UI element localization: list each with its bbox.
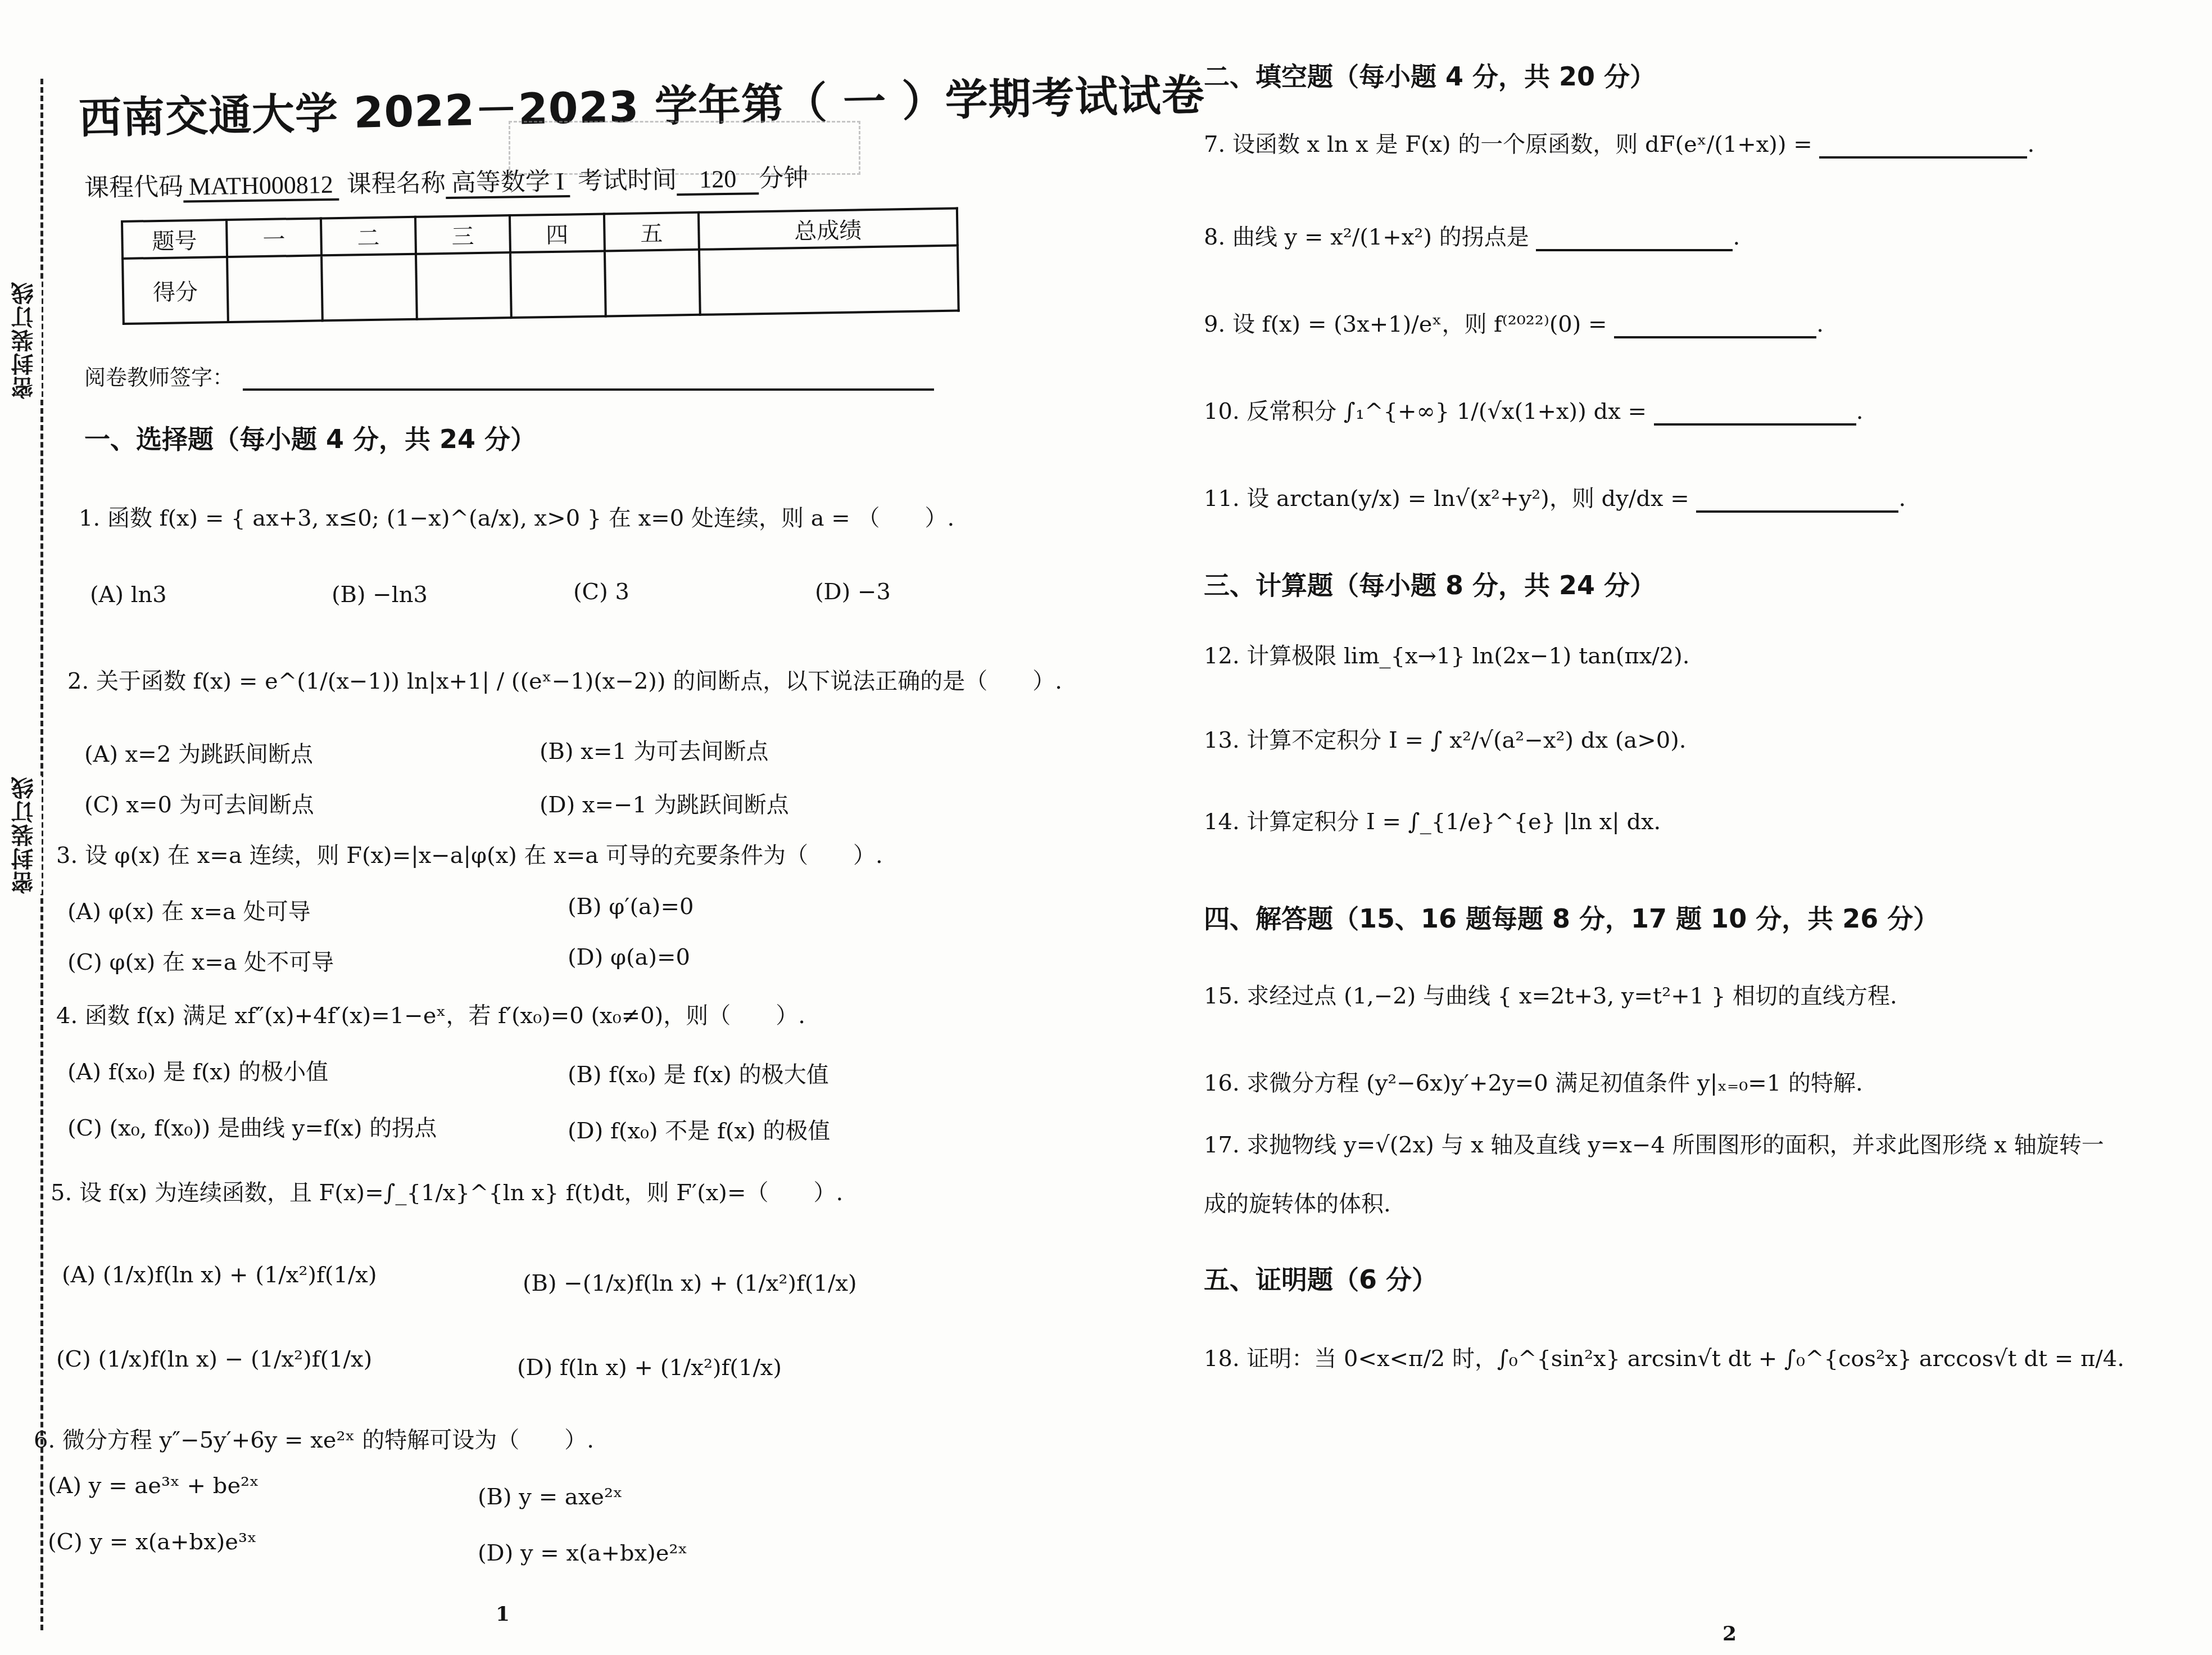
option: (B) f(x₀) 是 f(x) 的极大值 <box>568 1057 829 1089</box>
signature-line <box>243 388 934 391</box>
grader-signature: 阅卷教师签字： <box>84 360 934 391</box>
option: (D) y = x(a+bx)e²ˣ <box>478 1540 688 1566</box>
question-number: 6. <box>34 1427 55 1453</box>
score-cell <box>227 255 323 322</box>
option: (A) (1/x)f(ln x) + (1/x²)f(1/x) <box>62 1262 377 1288</box>
answer-blank[interactable] <box>1536 227 1733 251</box>
question-number: 14. <box>1204 809 1240 835</box>
question: 17. 求抛物线 y=√(2x) 与 x 轴及直线 y=x−4 所围图形的面积，… <box>1204 1127 2104 1159</box>
question-text: 反常积分 ∫₁^{+∞} 1/(√x(1+x)) dx = <box>1246 399 1647 424</box>
course-code-label: 课程代码 <box>84 173 184 202</box>
question: 5. 设 f(x) 为连续函数，且 F(x)=∫_{1/x}^{ln x} f(… <box>51 1175 843 1207</box>
option: (D) f(x₀) 不是 f(x) 的极值 <box>568 1113 830 1145</box>
option: (C) 3 <box>573 579 629 605</box>
score-table-row-label: 题号 <box>122 220 227 259</box>
question-number: 5. <box>51 1180 72 1206</box>
option: (A) y = ae³ˣ + be²ˣ <box>48 1473 259 1499</box>
question-text: 微分方程 y″−5y′+6y = xe²ˣ 的特解可设为（ ）. <box>62 1427 594 1453</box>
option: (C) y = x(a+bx)e³ˣ <box>48 1529 257 1555</box>
question: 13. 计算不定积分 I = ∫ x²/√(a²−x²) dx (a>0). <box>1204 722 1686 754</box>
question-text: 计算极限 lim_{x→1} ln(2x−1) tan(πx/2). <box>1246 643 1689 669</box>
question-text: 函数 f(x) = { ax+3, x≤0; (1−x)^(a/x), x>0 … <box>107 505 954 531</box>
question: 7. 设函数 x ln x 是 F(x) 的一个原函数，则 dF(eˣ/(1+x… <box>1204 126 2034 159</box>
question-number: 13. <box>1204 727 1240 753</box>
question-text: 曲线 y = x²/(1+x²) 的拐点是 <box>1232 224 1529 250</box>
score-cell <box>416 252 511 319</box>
option: (D) φ(a)=0 <box>568 944 690 970</box>
punctuation: . <box>2027 132 2034 157</box>
question: 3. 设 φ(x) 在 x=a 连续，则 F(x)=|x−a|φ(x) 在 x=… <box>56 838 883 870</box>
punctuation: . <box>1856 399 1864 424</box>
score-table-col: 二 <box>321 217 416 256</box>
exam-time-label: 考试时间 <box>578 165 677 195</box>
option: (B) φ′(a)=0 <box>568 894 693 920</box>
punctuation: . <box>1733 224 1740 250</box>
question-text: 求微分方程 (y²−6x)y′+2y=0 满足初值条件 y|ₓ₌₀=1 的特解. <box>1246 1070 1862 1096</box>
page-number: 1 <box>496 1602 510 1626</box>
score-table-score-row: 得分 <box>123 246 959 324</box>
course-name: 高等数学 I <box>445 168 570 199</box>
score-cell <box>321 254 417 321</box>
option: (A) f(x₀) 是 f(x) 的极小值 <box>67 1054 328 1086</box>
question-number: 1. <box>79 505 100 531</box>
page-number: 2 <box>1723 1622 1737 1645</box>
question-text: 设函数 x ln x 是 F(x) 的一个原函数，则 dF(eˣ/(1+x)) … <box>1232 132 1812 157</box>
question-number: 3. <box>56 843 78 869</box>
score-table-col: 总成绩 <box>699 209 958 250</box>
question: 1. 函数 f(x) = { ax+3, x≤0; (1−x)^(a/x), x… <box>79 500 954 532</box>
score-table-row-label: 得分 <box>123 257 228 324</box>
question: 12. 计算极限 lim_{x→1} ln(2x−1) tan(πx/2). <box>1204 638 1690 670</box>
grader-signature-label: 阅卷教师签字： <box>84 365 234 390</box>
question-text: 求抛物线 y=√(2x) 与 x 轴及直线 y=x−4 所围图形的面积，并求此图… <box>1246 1132 2104 1158</box>
course-name-label: 课程名称 <box>346 169 446 198</box>
answer-blank[interactable] <box>1819 134 2027 159</box>
exam-page-2: 二、填空题（每小题 4 分，共 20 分） 7. 设函数 x ln x 是 F(… <box>1180 0 2212 1655</box>
question: 4. 函数 f(x) 满足 xf″(x)+4f′(x)=1−eˣ，若 f′(x₀… <box>56 998 805 1030</box>
exam-page-1: 密封装订线 密封装订线 西南交通大学 2022－2023 学年第（ 一 ）学期考… <box>0 0 1146 1655</box>
score-table: 题号 一 二 三 四 五 总成绩 得分 <box>121 207 960 325</box>
question-number: 10. <box>1204 399 1240 424</box>
question-text: 设 φ(x) 在 x=a 连续，则 F(x)=|x−a|φ(x) 在 x=a 可… <box>85 843 883 869</box>
question-text: 求经过点 (1,−2) 与曲线 { x=2t+3, y=t²+1 } 相切的直线… <box>1246 983 1897 1009</box>
question-text: 证明：当 0<x<π/2 时，∫₀^{sin²x} arcsin√t dt + … <box>1246 1346 2124 1372</box>
binding-label: 密封装订线 <box>8 281 42 399</box>
score-cell <box>699 246 959 315</box>
question-text: 计算定积分 I = ∫_{1/e}^{e} |ln x| dx. <box>1246 809 1661 835</box>
question-number: 15. <box>1204 983 1240 1009</box>
score-table-col: 五 <box>604 212 699 251</box>
option: (D) −3 <box>815 579 891 605</box>
section-heading: 二、填空题（每小题 4 分，共 20 分） <box>1204 56 1656 93</box>
exam-time-unit: 分钟 <box>759 164 809 193</box>
question: 15. 求经过点 (1,−2) 与曲线 { x=2t+3, y=t²+1 } 相… <box>1204 978 1897 1010</box>
question-number: 7. <box>1204 132 1225 157</box>
question: 11. 设 arctan(y/x) = ln√(x²+y²)，则 dy/dx =… <box>1204 481 1906 513</box>
option: (C) x=0 为可去间断点 <box>84 787 314 819</box>
section-heading: 一、选择题（每小题 4 分，共 24 分） <box>84 419 536 456</box>
question-continuation: 成的旋转体的体积. <box>1204 1186 1391 1218</box>
answer-blank[interactable] <box>1614 314 1816 338</box>
option: (C) (1/x)f(ln x) − (1/x²)f(1/x) <box>56 1346 372 1372</box>
punctuation: . <box>1816 311 1824 337</box>
score-table-col: 四 <box>510 214 605 252</box>
question: 2. 关于函数 f(x) = e^(1/(x−1)) ln|x+1| / ((e… <box>67 663 1062 695</box>
option: (D) x=−1 为跳跃间断点 <box>540 787 789 819</box>
question-number: 8. <box>1204 224 1225 250</box>
question-number: 16. <box>1204 1070 1240 1096</box>
score-table-col: 一 <box>226 218 321 257</box>
question-number: 9. <box>1204 311 1225 337</box>
question-number: 11. <box>1204 486 1240 512</box>
option: (B) −ln3 <box>332 582 428 608</box>
question: 8. 曲线 y = x²/(1+x²) 的拐点是 . <box>1204 219 1740 251</box>
question: 9. 设 f(x) = (3x+1)/eˣ，则 f⁽²⁰²²⁾(0) = . <box>1204 306 1824 338</box>
question-number: 17. <box>1204 1132 1240 1158</box>
question: 16. 求微分方程 (y²−6x)y′+2y=0 满足初值条件 y|ₓ₌₀=1 … <box>1204 1065 1863 1097</box>
question: 10. 反常积分 ∫₁^{+∞} 1/(√x(1+x)) dx = . <box>1204 394 1863 426</box>
course-info-line: 课程代码MATH000812 课程名称高等数学 I 考试时间120分钟 <box>84 157 809 204</box>
score-cell <box>605 250 700 316</box>
question-number: 4. <box>56 1003 78 1029</box>
question: 14. 计算定积分 I = ∫_{1/e}^{e} |ln x| dx. <box>1204 804 1661 836</box>
section-heading: 三、计算题（每小题 8 分，共 24 分） <box>1204 565 1656 602</box>
option: (A) φ(x) 在 x=a 处可导 <box>67 894 311 926</box>
option: (C) φ(x) 在 x=a 处不可导 <box>67 944 334 976</box>
question-text: 计算不定积分 I = ∫ x²/√(a²−x²) dx (a>0). <box>1246 727 1686 753</box>
question-text: 设 f(x) = (3x+1)/eˣ，则 f⁽²⁰²²⁾(0) = <box>1232 311 1607 337</box>
question-number: 2. <box>67 668 89 694</box>
score-cell <box>510 251 606 318</box>
question: 18. 证明：当 0<x<π/2 时，∫₀^{sin²x} arcsin√t d… <box>1204 1341 2124 1373</box>
score-table-col: 三 <box>415 215 510 254</box>
option: (C) (x₀, f(x₀)) 是曲线 y=f(x) 的拐点 <box>67 1110 437 1142</box>
question-text: 函数 f(x) 满足 xf″(x)+4f′(x)=1−eˣ，若 f′(x₀)=0… <box>85 1003 805 1029</box>
course-code: MATH000812 <box>183 171 339 203</box>
option: (A) x=2 为跳跃间断点 <box>84 736 313 768</box>
option: (B) x=1 为可去间断点 <box>540 734 769 766</box>
option: (B) −(1/x)f(ln x) + (1/x²)f(1/x) <box>523 1270 857 1296</box>
question-text: 设 f(x) 为连续函数，且 F(x)=∫_{1/x}^{ln x} f(t)d… <box>79 1180 843 1206</box>
option: (A) ln3 <box>90 582 167 608</box>
question-number: 18. <box>1204 1346 1240 1372</box>
section-heading: 四、解答题（15、16 题每题 8 分，17 题 10 分，共 26 分） <box>1204 898 1939 935</box>
option: (B) y = axe²ˣ <box>478 1484 623 1510</box>
answer-blank[interactable] <box>1696 488 1898 513</box>
binding-label: 密封装订线 <box>8 776 42 894</box>
question-number: 12. <box>1204 643 1240 669</box>
punctuation: . <box>1898 486 1906 512</box>
exam-time: 120 <box>677 165 759 196</box>
option: (D) f(ln x) + (1/x²)f(1/x) <box>517 1355 782 1381</box>
question-text: 设 arctan(y/x) = ln√(x²+y²)，则 dy/dx = <box>1246 486 1689 512</box>
question-text: 关于函数 f(x) = e^(1/(x−1)) ln|x+1| / ((eˣ−1… <box>96 668 1062 694</box>
section-heading: 五、证明题（6 分） <box>1204 1259 1438 1296</box>
answer-blank[interactable] <box>1654 401 1856 426</box>
question: 6. 微分方程 y″−5y′+6y = xe²ˣ 的特解可设为（ ）. <box>34 1422 594 1454</box>
